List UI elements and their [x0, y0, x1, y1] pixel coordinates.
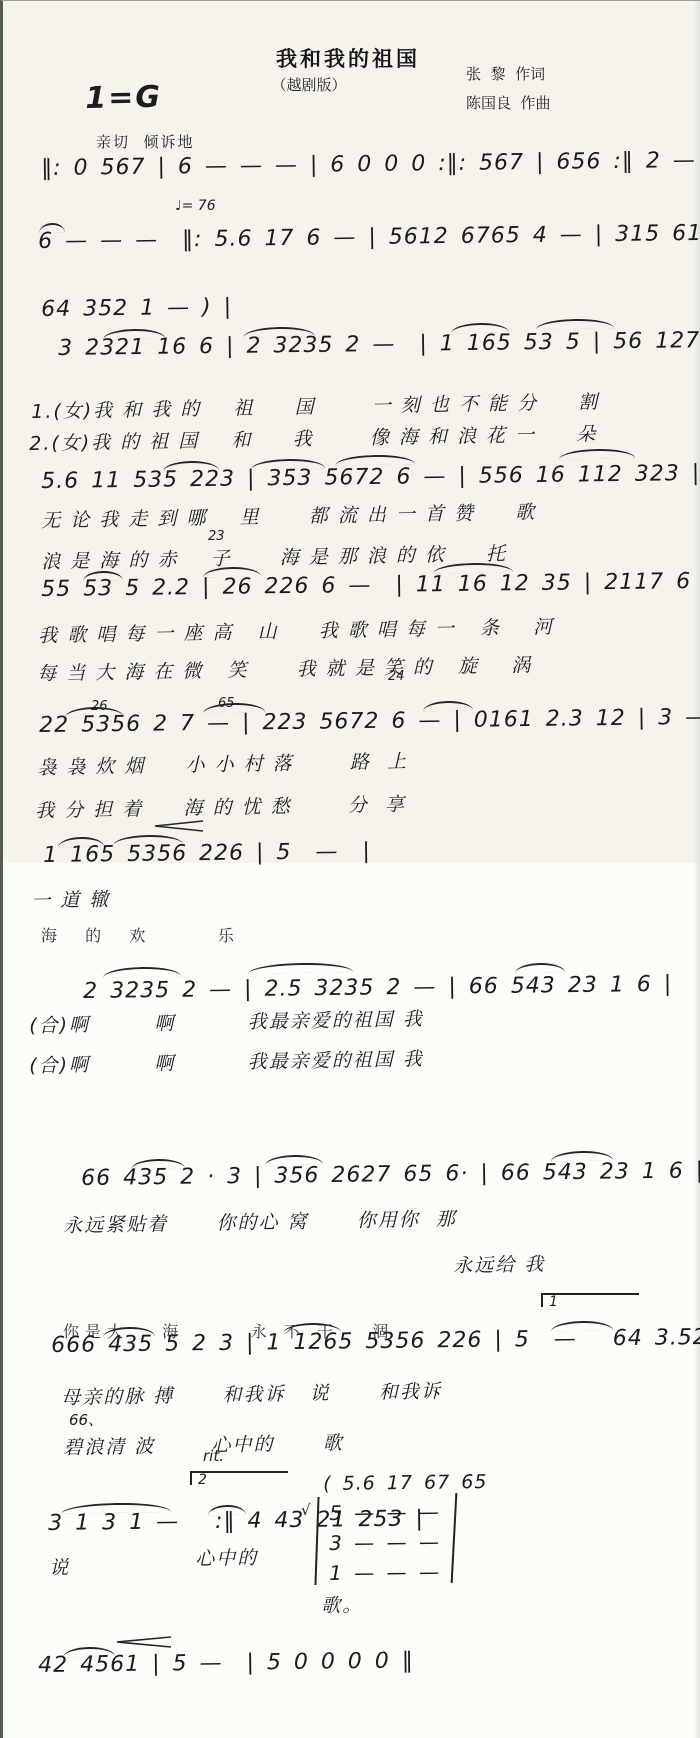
ending-chord-top: 5 — — — [329, 1500, 440, 1525]
correction-note: 23 [208, 529, 225, 544]
scan-edge-shadow [694, 1, 700, 1738]
correction-note: 66、 [69, 1409, 103, 1430]
tempo-marking: ♩= 76 [175, 198, 216, 214]
ending-chord-bottom: 1 — — — [329, 1560, 440, 1585]
ending-chord-middle: 3 — — — [329, 1530, 440, 1555]
lyricist-credit: 张 黎 作词 [466, 63, 545, 84]
song-title: 我和我的祖国 [3, 43, 693, 73]
lyrics-verse2-line10-right: 永远给 我 [453, 1249, 546, 1278]
first-ending-number: 1 [549, 1294, 558, 1310]
first-ending-bracket: 1 [541, 1293, 639, 1307]
ritardando-marking: rit. [203, 1447, 224, 1465]
decrescendo-hairpin [115, 1635, 173, 1649]
lyrics-line12-mid: 心中的 [195, 1543, 258, 1571]
lyrics-line12-final: 歌。 [321, 1590, 363, 1618]
key-signature: 1=G [85, 80, 162, 116]
music-pickup-parenthesis: ( 5.6 17 67 65 [323, 1471, 488, 1495]
lyrics-printed-line8: 海 的 欢 乐 [41, 923, 240, 946]
second-ending-number: 2 [198, 1472, 207, 1488]
lyrics-line12-left: 说 [49, 1553, 70, 1580]
composer-credit: 陈国良 作曲 [466, 92, 551, 113]
decrescendo-hairpin [153, 819, 205, 833]
second-ending-bracket: 2 [190, 1471, 288, 1485]
music-line-3: 64 352 1 — ) | [41, 295, 232, 322]
expression-marking: 亲切 倾诉地 [96, 131, 195, 152]
score-page: 我和我的祖国 （越剧版） 张 黎 作词 陈国良 作曲 1=G 亲切 倾诉地 ‖:… [0, 0, 700, 1738]
lyrics-verse1-line8: 一 道 辙 [31, 885, 111, 913]
